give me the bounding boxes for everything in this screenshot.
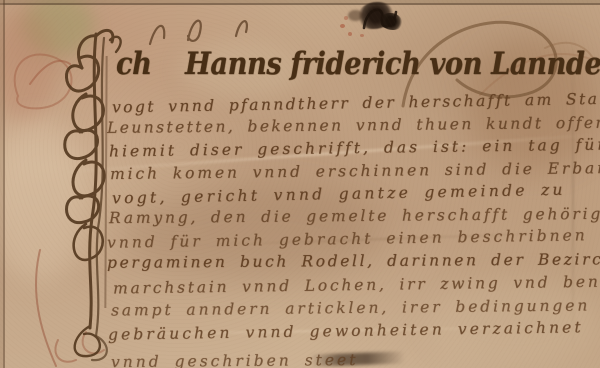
pen-flourish-tips-icon [140, 6, 260, 50]
heading-initial-rest: ch [116, 46, 152, 82]
heading-name: Hanns friderich von Lanndegk [185, 46, 600, 82]
knotwork-initial-J-icon [52, 28, 122, 343]
ink-blot [348, 0, 414, 42]
ink-scribble-icon [348, 0, 414, 42]
red-speckle [340, 24, 345, 28]
manuscript-page: ch Hanns friderich von Lanndegk vogt vnn… [0, 0, 600, 368]
text-line: pergaminen buch Rodell, darinnen der Bez… [107, 250, 600, 272]
text-line-partial: vnnd geschriben steet [111, 351, 359, 368]
red-speckle [348, 32, 352, 36]
red-speckle [344, 16, 348, 20]
red-speckle [360, 34, 364, 37]
